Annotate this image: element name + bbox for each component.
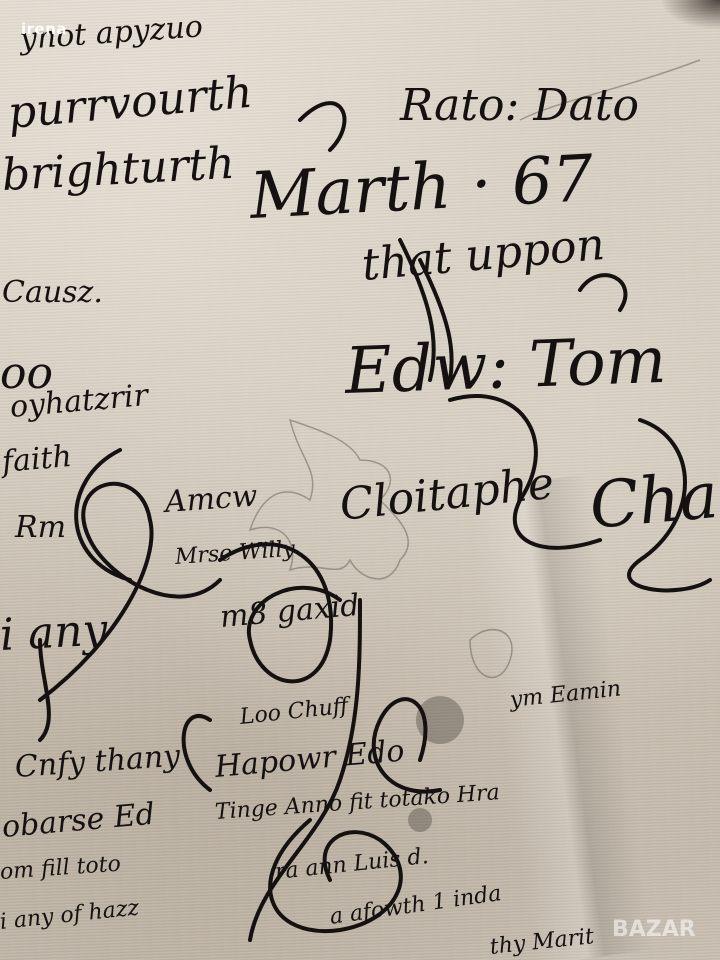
handwritten-script-text: ym Eamin [509, 676, 623, 713]
handwritten-script-text: ra ann Luis d. [274, 844, 430, 885]
handwritten-script-text: m8 gaxid [218, 588, 360, 635]
handwritten-script-text: Rm [15, 510, 66, 545]
handwritten-script-text: thy Marit [489, 924, 596, 960]
handwritten-script-text: i any [0, 604, 109, 661]
corner-shadow [660, 0, 720, 30]
handwritten-script-text: brighturth [1, 138, 236, 201]
handwritten-script-text: Tinge Anno fit totako Hra [214, 780, 500, 825]
handwritten-script-text: Cnfy thany [14, 739, 181, 785]
bazar-logo-watermark: BAZAR [612, 917, 696, 942]
handwritten-script-text: a afowth 1 inda [328, 881, 503, 930]
fabric-photo: ynot apyzuopurrvourthRato: Datobrighturt… [0, 0, 720, 960]
handwritten-script-text: purrvourth [6, 67, 255, 139]
handwritten-script-text: i any of hazz [0, 895, 140, 934]
handwritten-script-text: Loo Chuff [239, 694, 350, 730]
handwritten-script-text: Hapowr Edo [213, 734, 405, 785]
handwritten-script-text: Rato: Dato [400, 80, 639, 131]
handwritten-script-text: obarse Ed [0, 797, 156, 845]
handwritten-script-text: Cloitaphe [337, 458, 556, 531]
handwritten-script-text: Mrse Willy [174, 537, 296, 570]
handwritten-script-text: that uppon [360, 219, 607, 291]
handwritten-script-text: faith [0, 439, 73, 480]
handwritten-script-text: om fill toto [0, 852, 122, 885]
handwritten-script-text: Marth · 67 [248, 142, 595, 234]
handwritten-script-text: Edw: Tom [344, 324, 668, 409]
handwritten-script-text: Amcw [164, 479, 259, 520]
username-watermark: irena [21, 20, 67, 38]
handwritten-script-text: Cha [587, 459, 720, 544]
handwritten-script-text: Causz. [2, 275, 103, 310]
